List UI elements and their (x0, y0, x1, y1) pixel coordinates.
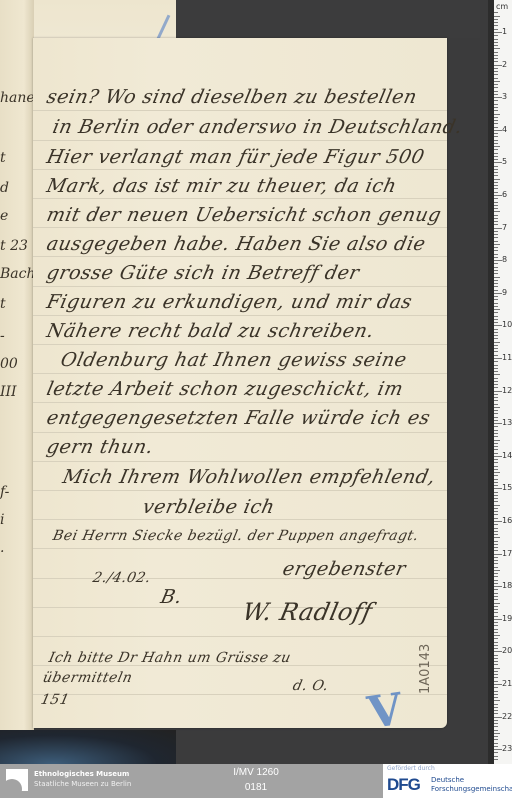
ruled-line (33, 490, 447, 491)
ruled-line (33, 636, 447, 637)
ruler-tick (494, 169, 498, 170)
ruler-mark: 11 (502, 353, 512, 362)
ruled-line (33, 110, 447, 111)
ruler-tick (494, 290, 498, 291)
ruler-tick (494, 413, 498, 414)
ruler-tick (494, 348, 498, 349)
ruler-tick (494, 710, 498, 711)
annotation-note: Bei Herrn Siecke bezügl. der Puppen ange… (51, 528, 420, 544)
ruler-tick (494, 241, 498, 242)
ruler-tick (494, 550, 498, 551)
ruler-tick (494, 39, 498, 40)
ruler-tick (494, 567, 498, 568)
ruler-tick (494, 524, 498, 525)
ruler-tick (494, 606, 498, 607)
ruler-tick (494, 629, 498, 630)
ruler-tick (494, 492, 498, 493)
ruler-tick (494, 671, 498, 672)
ruler-tick (494, 188, 498, 189)
ruler-tick (494, 123, 498, 124)
letter-line: ausgegeben habe. Haben Sie also die (45, 233, 428, 255)
ruler-mark: 16 (502, 516, 512, 525)
ruler-tick (494, 482, 498, 483)
ruler-tick (494, 260, 502, 261)
vertical-inventory-note: 1A0143 (418, 644, 433, 694)
ruler-mark: 7 (502, 223, 507, 232)
ruler-tick (494, 159, 498, 160)
ruler-tick (494, 459, 498, 460)
ruler-tick (494, 560, 498, 561)
ruler-tick (494, 495, 498, 496)
ruler-tick (494, 381, 498, 382)
ruler-tick (494, 739, 498, 740)
ruled-line (33, 140, 447, 141)
ruler-tick (494, 166, 498, 167)
ruler-tick (494, 87, 498, 88)
left-fragment: t 23 (0, 238, 28, 254)
ruler-tick (494, 140, 498, 141)
ruler-mark: 3 (502, 92, 507, 101)
ruler-tick (494, 136, 498, 137)
ruler-tick (494, 61, 498, 62)
letter-line: Figuren zu erkundigen, und mir das (45, 291, 415, 313)
ruler-tick (494, 120, 498, 121)
ruler-tick (494, 175, 498, 176)
ruler-tick (494, 664, 498, 665)
ruled-line (33, 315, 447, 316)
ruler-unit: cm (496, 2, 508, 11)
ruler-tick (494, 156, 498, 157)
background-area (176, 0, 480, 38)
dfg-logo-icon: DFG (387, 775, 420, 795)
ruler-tick (494, 397, 498, 398)
ruler-tick (494, 573, 498, 574)
ruler-tick (494, 316, 498, 317)
ruler-tick (494, 25, 498, 26)
ruler-tick (494, 475, 498, 476)
ruler-tick (494, 303, 498, 304)
ruler-tick (494, 697, 498, 698)
ruler-tick (494, 45, 498, 46)
ruler-mark: 13 (502, 418, 512, 427)
museum-name: Ethnologisches Museum (34, 770, 129, 778)
ruler-tick (494, 81, 500, 82)
ruler-tick (494, 182, 498, 183)
ruler-tick (494, 449, 498, 450)
ruler-tick (494, 267, 498, 268)
ruled-line (33, 548, 447, 549)
ruler-mark: 23 (502, 744, 512, 753)
ruler-tick (494, 312, 498, 313)
ruler-tick (494, 153, 498, 154)
postscript-line: übermitteln (41, 670, 134, 686)
ruler-mark: 14 (502, 451, 512, 460)
ruler-tick (494, 404, 498, 405)
ruler-tick (494, 107, 498, 108)
ruler-tick (494, 730, 498, 731)
ruler-tick (494, 74, 498, 75)
ruler-tick (494, 632, 498, 633)
ruler-tick (494, 335, 498, 336)
ruler-mark: 1 (502, 27, 507, 36)
ruler-tick (494, 286, 498, 287)
ruler-mark: 12 (502, 386, 512, 395)
ruler-tick (494, 436, 498, 437)
ruler-tick (494, 254, 498, 255)
dfg-sponsor-box: Gefördert durch DFG Deutsche Forschungsg… (383, 764, 512, 798)
ruler-tick (494, 410, 498, 411)
ruler-tick (494, 589, 498, 590)
ruler-tick (494, 234, 498, 235)
ruler-tick (494, 603, 500, 604)
ruler-tick (494, 720, 498, 721)
letter-line: sein? Wo sind dieselben zu bestellen (45, 86, 419, 108)
letter-line: entgegengesetzten Falle würde ich es (45, 407, 433, 429)
ruler-tick (494, 707, 498, 708)
ruler-tick (494, 586, 502, 587)
ruler-tick (494, 619, 502, 620)
ruler-tick (494, 453, 498, 454)
funded-by-label: Gefördert durch (387, 765, 435, 772)
ruler-tick (494, 677, 498, 678)
ruler-tick (494, 224, 498, 225)
ruler-tick (494, 713, 498, 714)
left-fragment: hane (0, 90, 35, 106)
ruler-tick (494, 202, 498, 203)
ruler-tick (494, 172, 498, 173)
ruler-tick (494, 94, 498, 95)
ruler-tick (494, 127, 498, 128)
ruler-mark: 22 (502, 712, 512, 721)
ruler-tick (494, 280, 498, 281)
ruler-tick (494, 400, 498, 401)
ruler-tick (494, 162, 502, 163)
museum-logo-icon (6, 769, 28, 791)
ruler-tick (494, 501, 498, 502)
ruler-tick (494, 544, 498, 545)
ruler-tick (494, 485, 498, 486)
letter-line: grosse Güte sich in Betreff der (45, 262, 362, 284)
ruler-tick (494, 250, 498, 251)
ruler-tick (494, 423, 502, 424)
ruler-tick (494, 263, 498, 264)
ruler-tick (494, 691, 498, 692)
ruler-tick (494, 612, 498, 613)
ruler-tick (494, 104, 498, 105)
left-fragment: Bach (0, 266, 36, 282)
ruler-tick (494, 114, 500, 115)
left-fragment: d (0, 180, 9, 196)
left-fragment: . (0, 540, 4, 556)
ruler-tick (494, 179, 500, 180)
ruler-tick (494, 293, 502, 294)
ruler-tick (494, 528, 498, 529)
ruler-tick (494, 726, 498, 727)
ruler-tick (494, 247, 498, 248)
ruler-tick (494, 609, 498, 610)
dfg-name-line2: Forschungsgemeinschaft (431, 785, 512, 793)
ruled-line (33, 286, 447, 287)
ruler-mark: 9 (502, 288, 507, 297)
cm-ruler: cm 1234567891011121314151617181920212223 (488, 0, 512, 764)
ruler-tick (494, 231, 498, 232)
ruler-tick (494, 270, 498, 271)
blue-pencil-mark: V (365, 684, 406, 739)
ruler-tick (494, 583, 498, 584)
letter-line: mit der neuen Uebersicht schon genug (45, 204, 444, 226)
ruler-tick (494, 91, 498, 92)
inventory-number: I/MV 1260 (196, 767, 316, 778)
ruler-tick (494, 599, 498, 600)
ruler-tick (494, 642, 498, 643)
museum-subtitle: Staatliche Museen zu Berlin (34, 780, 131, 788)
ruler-tick (494, 687, 498, 688)
ruler-mark: 5 (502, 157, 507, 166)
ruler-tick (494, 117, 498, 118)
ruler-mark: 21 (502, 679, 512, 688)
ruler-tick (494, 645, 498, 646)
ruler-tick (494, 387, 498, 388)
binding-shadow (0, 730, 176, 764)
ruler-tick (494, 345, 498, 346)
ruler-tick (494, 655, 498, 656)
ruler-tick (494, 570, 500, 571)
ruler-mark: 18 (502, 581, 512, 590)
annotation-date: 2./4.02. (91, 570, 152, 586)
ruler-tick (494, 12, 498, 13)
ruler-tick (494, 661, 498, 662)
ruler-tick (494, 149, 498, 150)
ruler-tick (494, 651, 502, 652)
ruler-tick (494, 700, 500, 701)
left-fragment: - (0, 328, 5, 344)
page-number: 151 (39, 692, 71, 708)
letter-line: in Berlin oder anderswo in Deutschland. (51, 116, 465, 138)
ruler-tick (494, 596, 498, 597)
signature: W. Radloff (240, 598, 375, 626)
ruled-line (33, 519, 447, 520)
ruler-tick (494, 283, 498, 284)
ruler-tick (494, 469, 498, 470)
ruler-tick (494, 488, 502, 489)
ruler-tick (494, 648, 498, 649)
letter-line: gern thun. (45, 436, 156, 458)
ruled-line (33, 256, 447, 257)
ruler-tick (494, 658, 498, 659)
ruler-tick (494, 299, 498, 300)
image-number: 0181 (196, 782, 316, 793)
ruler-tick (494, 22, 498, 23)
ruler-tick (494, 554, 502, 555)
ruler-tick (494, 440, 500, 441)
annotation-initial: B. (159, 586, 185, 608)
ruler-tick (494, 616, 498, 617)
left-fragment: f- (0, 484, 9, 500)
ruled-line (33, 402, 447, 403)
ruler-tick (494, 368, 498, 369)
ruler-tick (494, 78, 498, 79)
left-fragment: t (0, 296, 6, 312)
ruler-tick (494, 514, 498, 515)
ruler-tick (494, 723, 498, 724)
letter-line: Mich Ihrem Wohlwollen empfehlend, (61, 466, 438, 488)
ruler-tick (494, 443, 498, 444)
ruler-tick (494, 537, 500, 538)
ruled-line (33, 198, 447, 199)
ruler-tick (494, 743, 498, 744)
ruler-tick (494, 472, 500, 473)
ruler-tick (494, 684, 502, 685)
ruler-tick (494, 479, 498, 480)
ruler-tick (494, 521, 502, 522)
ruler-tick (494, 593, 498, 594)
ruler-mark: 8 (502, 255, 507, 264)
ruler-tick (494, 576, 498, 577)
ruler-tick (494, 218, 498, 219)
ruler-tick (494, 511, 498, 512)
ruler-tick (494, 52, 498, 53)
ruler-tick (494, 752, 498, 753)
ruler-tick (494, 215, 498, 216)
ruler-tick (494, 668, 500, 669)
ruler-tick (494, 32, 502, 33)
ruler-tick (494, 322, 498, 323)
left-fragment: i (0, 512, 4, 528)
ruler-tick (494, 192, 498, 193)
ruler-tick (494, 309, 500, 310)
ruler-tick (494, 244, 500, 245)
ruler-mark: 17 (502, 549, 512, 558)
ruler-tick (494, 365, 498, 366)
ruler-tick (494, 417, 498, 418)
ruler-mark: 6 (502, 190, 507, 199)
ruler-tick (494, 736, 498, 737)
ruler-tick (494, 296, 498, 297)
letter-line: verbleibe ich (141, 496, 277, 518)
ruler-tick (494, 426, 498, 427)
ruler-tick (494, 205, 498, 206)
ruler-tick (494, 228, 502, 229)
ruler-tick (494, 505, 500, 506)
ruled-line (33, 373, 447, 374)
ruler-tick (494, 19, 498, 20)
ruler-tick (494, 378, 498, 379)
ruler-mark: 15 (502, 483, 512, 492)
ruler-tick (494, 446, 498, 447)
ruler-tick (494, 534, 498, 535)
ruled-line (33, 344, 447, 345)
ruled-line (33, 227, 447, 228)
ruler-tick (494, 394, 498, 395)
ruler-tick (494, 100, 498, 101)
ruler-tick (494, 48, 500, 49)
ruler-tick (494, 704, 498, 705)
ruler-tick (494, 257, 498, 258)
ruler-tick (494, 338, 498, 339)
ruler-mark: 10 (502, 320, 512, 329)
ruler-mark: 4 (502, 125, 507, 134)
ruler-tick (494, 498, 498, 499)
left-page-edge: hane t d e t 23 Bach t - 00 III f- i . (0, 0, 34, 730)
ruler-tick (494, 221, 498, 222)
ruler-tick (494, 68, 498, 69)
ruled-line (33, 461, 447, 462)
ruler-tick (494, 65, 502, 66)
ruler-tick (494, 531, 498, 532)
ruler-mark: 19 (502, 614, 512, 623)
ruler-tick (494, 29, 498, 30)
ruler-tick (494, 420, 498, 421)
ruler-tick (494, 185, 498, 186)
ruler-tick (494, 456, 502, 457)
ruler-tick (494, 759, 498, 760)
ruler-tick (494, 358, 502, 359)
ruler-tick (494, 674, 498, 675)
ruler-tick (494, 325, 502, 326)
ruler-tick (494, 277, 500, 278)
ruler-tick (494, 717, 502, 718)
ruler-tick (494, 319, 498, 320)
ruler-tick (494, 84, 498, 85)
document-viewer: hane t d e t 23 Bach t - 00 III f- i . (0, 0, 512, 764)
ruler-tick (494, 198, 498, 199)
left-fragment: III (0, 384, 17, 400)
ruler-tick (494, 746, 498, 747)
postscript-line: Ich bitte Dr Hahn um Grüsse zu (47, 650, 292, 666)
ruler-mark: 2 (502, 60, 507, 69)
ruler-tick (494, 756, 498, 757)
ruler-tick (494, 71, 498, 72)
ruled-line (33, 169, 447, 170)
letter-line: Hier verlangt man für jede Figur 500 (45, 146, 427, 168)
ruler-tick (494, 329, 498, 330)
footer-bar: Ethnologisches Museum Staatliche Museen … (0, 764, 512, 798)
ruler-tick (494, 42, 498, 43)
closing: ergebenster (281, 558, 408, 580)
ruler-tick (494, 541, 498, 542)
ruler-tick (494, 97, 502, 98)
ruler-tick (494, 391, 502, 392)
ruler-tick (494, 462, 498, 463)
ruler-tick (494, 361, 498, 362)
ruler-tick (494, 55, 498, 56)
ruler-tick (494, 371, 498, 372)
left-fragment: t (0, 150, 6, 166)
ruler-tick (494, 518, 498, 519)
ruler-tick (494, 749, 502, 750)
ruler-tick (494, 466, 498, 467)
ruler-tick (494, 16, 500, 17)
ruler-tick (494, 237, 498, 238)
ruler-tick (494, 355, 498, 356)
ruler-tick (494, 625, 498, 626)
ruler-tick (494, 635, 500, 636)
ruler-tick (494, 58, 498, 59)
ruler-tick (494, 733, 500, 734)
ruler-tick (494, 306, 498, 307)
ruler-tick (494, 351, 498, 352)
ruler-tick (494, 407, 500, 408)
ruler-tick (494, 146, 500, 147)
ruler-tick (494, 211, 500, 212)
ruler-tick (494, 374, 500, 375)
ruler-mark: 20 (502, 646, 512, 655)
left-fragment: e (0, 208, 8, 224)
ruler-tick (494, 110, 498, 111)
letter-line: Nähere recht bald zu schreiben. (45, 320, 377, 342)
ruler-tick (494, 35, 498, 36)
ruler-tick (494, 433, 498, 434)
